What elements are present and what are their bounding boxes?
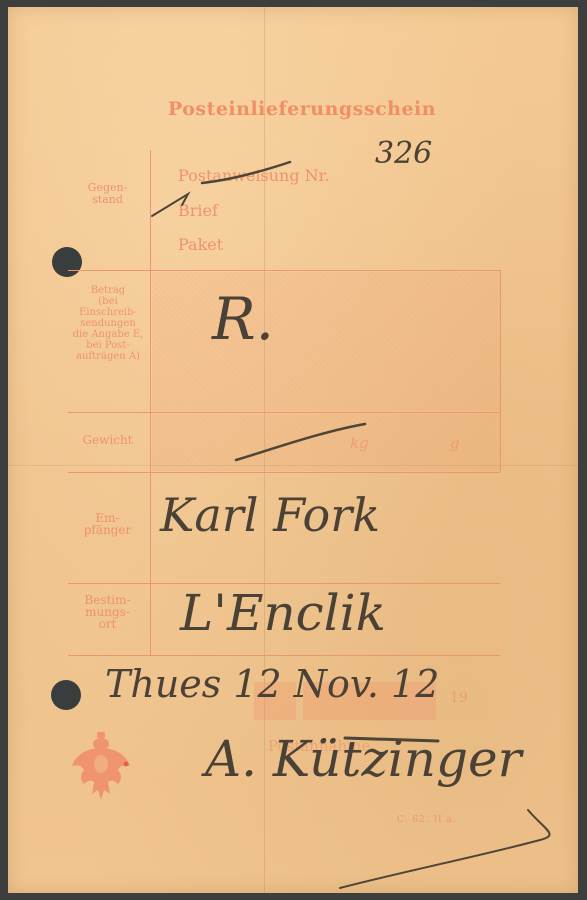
signature-flourish (340, 810, 550, 888)
weight-dash (236, 424, 365, 460)
signature-overline (345, 738, 438, 741)
ink-strokes (0, 0, 587, 900)
strikethrough-postanweisung (202, 162, 290, 183)
brief-count-mark (152, 194, 188, 216)
